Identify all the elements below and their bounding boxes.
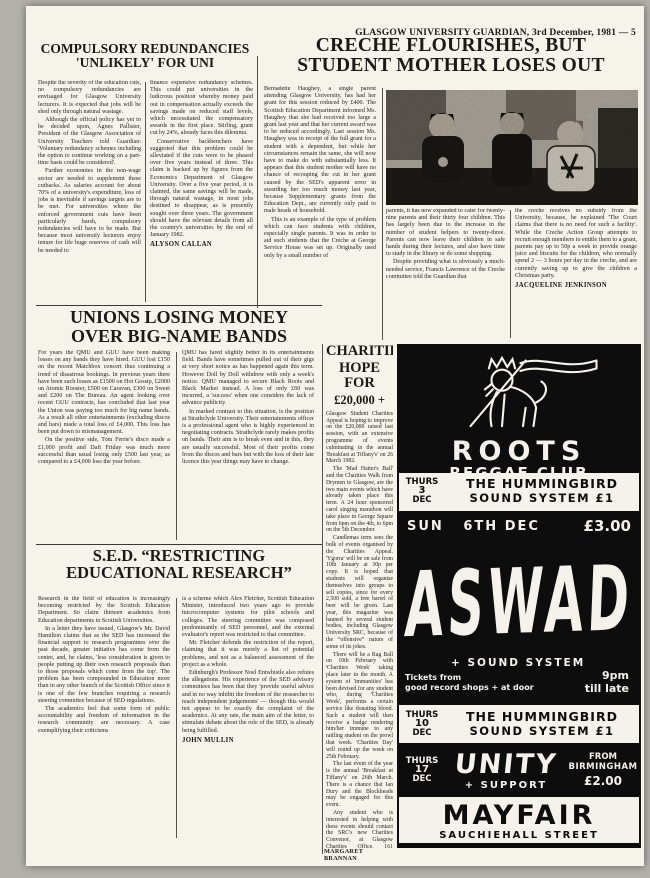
aswad-tickets: Tickets from good record shops + at door (405, 673, 534, 694)
unions-column-1: For years the QMU and GUU have been maki… (38, 350, 170, 542)
charities-headline-line: HOPE FOR (326, 361, 393, 391)
creche-headline: CRECHE FLOURISHES, BUT STUDENT MOTHER LO… (264, 36, 638, 77)
paragraph: Despite providing what is obviously a mu… (386, 259, 505, 281)
event-date: THURS 10 DEC (399, 711, 445, 738)
charities-headline-line: £20,000 + (326, 394, 393, 407)
aswad-ad: SUN 6TH DEC £3.00 ASWAD + SOUND SYSTEM T… (399, 509, 639, 703)
ads-column: ROOTS REGGAE CLUB THURS 3 DEC THE HUMMIN… (397, 344, 641, 848)
redundancies-column-2: finance expensive redundancy schemes. Th… (150, 80, 253, 308)
column-rule (176, 352, 177, 540)
paragraph: Conservative backbenchers have suggested… (150, 139, 253, 240)
time-line: 9pm (585, 669, 629, 682)
headline-line: UNIONS LOSING MONEY (36, 308, 322, 327)
newspaper-page: GLASGOW UNIVERSITY GUARDIAN, 3rd Decembe… (26, 6, 644, 866)
band-name: THE HUMMINGBIRD SOUND SYSTEM £1 (445, 710, 639, 738)
band-name: THE HUMMINGBIRD SOUND SYSTEM £1 (445, 477, 639, 505)
section-rule (36, 305, 322, 306)
roots-date-strip: THURS 3 DEC THE HUMMINGBIRD SOUND SYSTEM… (399, 473, 639, 509)
headline-line: 'UNLIKELY' FOR UNI (36, 56, 254, 70)
creche-photo (386, 90, 638, 205)
paragraph: This is an example of the type of proble… (264, 217, 376, 260)
paragraph: QMU has fared slightly better in its ent… (182, 350, 314, 408)
unity-ad: THURS 17 DEC UNITY + SUPPORT FROM BIRMIN… (399, 745, 639, 795)
paragraph: The academics feel that some form of pub… (38, 706, 170, 735)
paragraph: the creche receives no subsidy from the … (515, 208, 637, 280)
paragraph: In marked contrast to this situation, is… (182, 409, 314, 467)
venue-street: SAUCHIEHALL STREET (399, 830, 639, 841)
column-rule (176, 598, 177, 838)
date-month: DEC (399, 775, 445, 784)
tickets-line: good record shops + at door (405, 683, 534, 693)
band-name: UNITY + SUPPORT (445, 749, 567, 791)
unity-details: FROM BIRMINGHAM £2.00 (567, 752, 639, 788)
sed-headline: S.E.D. “RESTRICTING EDUCATIONAL RESEARCH… (36, 547, 322, 582)
redundancies-column-1: Despite the severity of the education cu… (38, 80, 141, 306)
paragraph: Bernadette Haughey, a single parent atte… (264, 86, 376, 216)
roots-title: ROOTS (399, 438, 639, 465)
sed-column-1: Research in the field of education is in… (38, 596, 170, 840)
time-line: till late (585, 682, 629, 695)
column-rule (145, 82, 146, 302)
from-line: BIRMINGHAM (567, 762, 639, 772)
section-rule (36, 544, 322, 545)
paragraph: Although the official policy has yet to … (38, 117, 141, 167)
paragraph: Mr. Fletcher defends the restriction of … (182, 640, 314, 669)
section-rule (257, 56, 258, 308)
byline-jacqueline-jenkinson: JACQUELINE JENKINSON (515, 282, 637, 289)
date-month: DEC (399, 496, 445, 505)
lion-of-judah-icon (443, 350, 603, 434)
paragraph: There will be a Rag Ball on 10th Februar… (326, 652, 393, 761)
aswad-date: SUN 6TH DEC (407, 519, 540, 534)
paragraph: Candlemas term sees the bulk of events o… (326, 535, 393, 651)
mayfair-ad: MAYFAIR SAUCHIEHALL STREET (399, 795, 639, 846)
roots-reggae-club-ad: ROOTS REGGAE CLUB THURS 3 DEC THE HUMMIN… (399, 346, 639, 509)
headline-line: EDUCATIONAL RESEARCH” (36, 564, 322, 581)
support-line: + SUPPORT (445, 780, 567, 791)
date-day: SUN (407, 519, 444, 534)
aswad-support: + SOUND SYSTEM (451, 657, 585, 669)
paragraph: On the positive side, Tom Ferrie's disco… (38, 437, 170, 466)
redundancies-headline: COMPULSORY REDUNDANCIES 'UNLIKELY' FOR U… (36, 42, 254, 70)
creche-column-1: Bernadette Haughey, a single parent atte… (264, 86, 376, 342)
date-month: DEC (399, 729, 445, 738)
paragraph: Further economies in the non-wage sector… (38, 168, 141, 254)
paragraph: Glasgow Student Charities Appeal is hopi… (326, 411, 393, 465)
venue-name: MAYFAIR (399, 802, 639, 829)
event-date: THURS 17 DEC (399, 757, 445, 784)
paragraph: Despite the severity of the education cu… (38, 80, 141, 116)
aswad-time: 9pm till late (585, 669, 629, 695)
headline-line: S.E.D. “RESTRICTING (36, 547, 322, 564)
paragraph: finance expensive redundancy schemes. Th… (150, 80, 253, 138)
band-line: THE HUMMINGBIRD (445, 710, 639, 724)
byline-margaret-brannan: MARGARET BRANNAN (324, 848, 396, 862)
headline-line: COMPULSORY REDUNDANCIES (36, 42, 254, 56)
band-line: SOUND SYSTEM £1 (445, 492, 639, 505)
paragraph: parents, it has now expanded to cater fo… (386, 208, 505, 258)
column-rule (382, 88, 383, 340)
aswad-band-name: ASWAD (399, 546, 639, 658)
column-rule (510, 210, 511, 338)
paragraph: The 'Mad Hatter's Ball' and the Charitie… (326, 466, 393, 534)
tickets-line: Tickets from (405, 673, 534, 683)
headline-line: CRECHE FLOURISHES, BUT (264, 36, 638, 56)
unions-column-2: QMU has fared slightly better in its ent… (182, 350, 314, 542)
sed-column-2: is a scheme which Alex Fletcher, Scottis… (182, 596, 314, 840)
charities-headline-line: CHARITIES (326, 344, 393, 359)
creche-column-3: the creche receives no subsidy from the … (515, 208, 637, 340)
hummingbird-ad: THURS 10 DEC THE HUMMINGBIRD SOUND SYSTE… (399, 703, 639, 745)
paragraph: Edinburgh's Professor Noel Entwhistle al… (182, 670, 314, 735)
from-line: FROM (567, 752, 639, 762)
price: £2.00 (567, 774, 639, 788)
paragraph: Research in the field of education is in… (38, 596, 170, 625)
paragraph: In a letter they have issued, Glasgow's … (38, 626, 170, 705)
paragraph: is a scheme which Alex Fletcher, Scottis… (182, 596, 314, 639)
byline-alyson-callan: ALYSON CALLAN (150, 241, 253, 248)
section-rule (322, 344, 323, 854)
band-line: SOUND SYSTEM £1 (445, 725, 639, 738)
charities-column: CHARITIES HOPE FOR £20,000 + Glasgow Stu… (326, 344, 393, 856)
creche-photo-illustration (386, 90, 638, 205)
byline-john-mullin: JOHN MULLIN (182, 737, 314, 744)
aswad-price: £3.00 (584, 517, 631, 535)
paragraph: The last event of the year is the annual… (326, 761, 393, 809)
creche-column-2: parents, it has now expanded to cater fo… (386, 208, 505, 340)
headline-line: STUDENT MOTHER LOSES OUT (264, 56, 638, 76)
event-date: THURS 3 DEC (399, 478, 445, 505)
headline-line: OVER BIG-NAME BANDS (36, 327, 322, 346)
paragraph: For years the QMU and GUU have been maki… (38, 350, 170, 436)
band-line: THE HUMMINGBIRD (445, 477, 639, 491)
unions-headline: UNIONS LOSING MONEY OVER BIG-NAME BANDS (36, 308, 322, 346)
band-line: UNITY (443, 749, 568, 780)
date-number: 6TH DEC (463, 519, 540, 534)
